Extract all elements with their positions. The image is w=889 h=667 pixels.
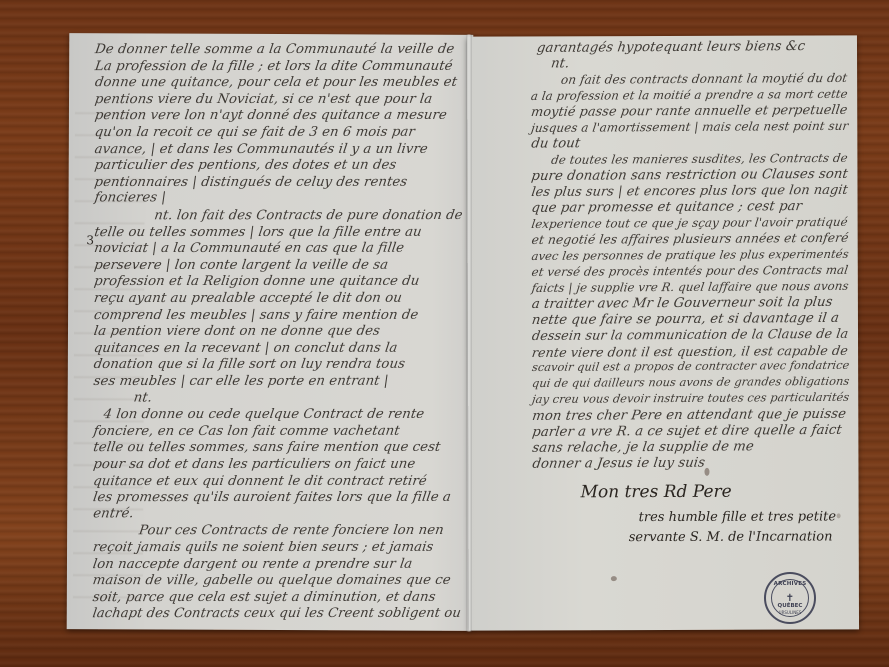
- manuscript-line: avec les personnes de pratique les plus …: [531, 247, 850, 263]
- manuscript-line: parler a vre R. a ce sujet et dire quell…: [531, 423, 843, 440]
- manuscript-line: de toutes les manieres susdites, les Con…: [550, 151, 848, 167]
- manuscript-line: donne une quitance, pour cela et pour le…: [94, 75, 458, 90]
- manuscript-line: et negotié les affaires plusieurs années…: [531, 231, 850, 247]
- manuscript-line: De donner telle somme a la Communauté la…: [94, 42, 455, 57]
- manuscript-line: particulier des pentions, des dotes et u…: [94, 158, 398, 173]
- manuscript-line: persevere | lon conte largent la veille …: [93, 258, 389, 273]
- left-page: 3 De donner telle somme a la Communauté …: [67, 33, 474, 631]
- manuscript-line: du tout: [530, 136, 581, 151]
- manuscript-line: sans relache, je la supplie de me: [531, 439, 754, 456]
- manuscript-line: reçu ayant au prealable accepté le dit d…: [93, 291, 403, 306]
- manuscript-line: noviciat | a la Communauté en cas que la…: [93, 241, 405, 256]
- manuscript-line: lachapt des Contracts ceux qui les Creen…: [92, 606, 462, 621]
- manuscript-line: donation que si la fille sort on luy ren…: [93, 357, 406, 372]
- manuscript-line: et versé des procès intentés pour des Co…: [531, 263, 849, 279]
- ink-spot: [837, 513, 841, 518]
- stamp-city: QUÉBEC: [778, 603, 803, 609]
- manuscript-line: soit, parce que cela est sujet a diminut…: [92, 590, 437, 605]
- manuscript-line: garantagés hypotequant leurs biens &c: [536, 39, 806, 56]
- stamp-top-text: ARCHIVES: [774, 581, 807, 587]
- manuscript-line: nette que faire se pourra, et si davanta…: [531, 311, 840, 328]
- manuscript-line: la pention viere dont on ne donne que de…: [93, 324, 381, 339]
- manuscript-line: La profession de la fille ; et lors la d…: [94, 58, 454, 73]
- manuscript-line: faicts | je supplie vre R. quel laffaire…: [531, 279, 850, 295]
- manuscript-line: quitance et eux qui donnent le dit contr…: [92, 473, 428, 488]
- manuscript-line: dessein sur la communication de la Claus…: [531, 327, 849, 344]
- manuscript-line: a la profession et la moitié a prendre a…: [530, 87, 848, 103]
- manuscript-line: fonciere, en ce Cas lon fait comme vache…: [92, 424, 400, 439]
- manuscript-line: pentionnaires | distingués de celuy des …: [93, 175, 408, 190]
- right-page-text: garantagés hypotequant leurs biens &cnt.…: [467, 35, 857, 36]
- manuscript-line: quitances en la recevant | on conclut da…: [93, 341, 399, 356]
- ink-spot: [704, 468, 709, 476]
- manuscript-line: maison de ville, gabelle ou quelque doma…: [92, 573, 452, 588]
- manuscript-line: ses meubles | car elle les porte en entr…: [93, 374, 390, 389]
- manuscript-line: donner a Jesus ie luy suis: [531, 456, 706, 472]
- signature-line-1: tres humble fille et tres petite: [639, 509, 836, 525]
- manuscript-line: pentions viere du Noviciat, si ce n'est …: [94, 92, 433, 107]
- manuscript-line: comprend les meubles | sans y faire ment…: [93, 307, 419, 322]
- manuscript-line: moytié passe pour rante annuelle et perp…: [530, 103, 848, 120]
- manuscript-line: jusques a l'amortissement | mais cela ne…: [530, 119, 849, 135]
- manuscript-line: lon naccepte dargent ou rente a prendre …: [92, 556, 413, 571]
- manuscript-line: a traitter avec Mr le Gouverneur soit la…: [531, 295, 834, 312]
- right-page: garantagés hypotequant leurs biens &cnt.…: [467, 35, 859, 630]
- ink-spot: [611, 576, 617, 581]
- manuscript-line: profession et la Religion donne une quit…: [93, 274, 420, 289]
- manuscript-line: rente viere dont il est question, il est…: [531, 343, 849, 360]
- manuscript-line: on fait des contracts donnant la moytié …: [560, 71, 848, 87]
- manuscript-line: scavoir quil est a propos de contracter …: [531, 359, 850, 374]
- manuscript-line: Pour ces Contracts de rente fonciere lon…: [138, 523, 445, 538]
- manuscript-line: avance, | et dans les Communautés il y a…: [94, 141, 429, 156]
- signature-line-2: servante S. M. de l'Incarnation: [629, 529, 833, 545]
- manuscript-line: jay creu vous devoir instruire toutes ce…: [531, 391, 850, 406]
- manuscript-line: lexperience tout ce que je sçay pour l'a…: [531, 215, 849, 231]
- manuscript-line: entré.: [92, 506, 135, 521]
- stamp-bottom-text: URSULINES: [779, 610, 802, 615]
- manuscript-line: mon tres cher Pere en attendant que je p…: [531, 407, 847, 424]
- manuscript-line: 4 lon donne ou cede quelque Contract de …: [102, 407, 425, 422]
- manuscript-line: nt.: [550, 56, 570, 71]
- manuscript-line: reçoit jamais quils ne soient bien seurs…: [92, 540, 434, 555]
- manuscript-line: pure donation sans restriction ou Clause…: [530, 167, 848, 184]
- page-fold: [466, 34, 472, 632]
- archives-stamp: ARCHIVES ✝ QUÉBEC URSULINES: [764, 572, 816, 624]
- manuscript-line: pour sa dot et dans les particuliers on …: [92, 457, 416, 472]
- manuscript-line: nt.: [133, 390, 153, 405]
- manuscript-line: qu'on la recoit ce qui se fait de 3 en 6…: [94, 125, 416, 140]
- manuscript-line: telle ou telles sommes, sans faire menti…: [92, 440, 441, 455]
- manuscript-line: foncieres |: [94, 191, 167, 206]
- manuscript-line: les plus surs | et encores plus lors que…: [530, 183, 848, 200]
- manuscript-line: telle ou telles sommes | lors que la fil…: [93, 224, 422, 239]
- manuscript-line: les promesses qu'ils auroient faites lor…: [92, 490, 452, 505]
- manuscript-line: que par promesse et quitance ; cest par: [530, 199, 802, 216]
- manuscript-line: qui de qui dailleurs nous avons de grand…: [531, 375, 850, 390]
- manuscript-line: nt. lon fait des Contracts de pure donat…: [153, 208, 463, 223]
- salutation: Mon tres Rd Pere: [581, 482, 732, 503]
- manuscript-line: pention vere lon n'ayt donné des quitanc…: [94, 108, 448, 123]
